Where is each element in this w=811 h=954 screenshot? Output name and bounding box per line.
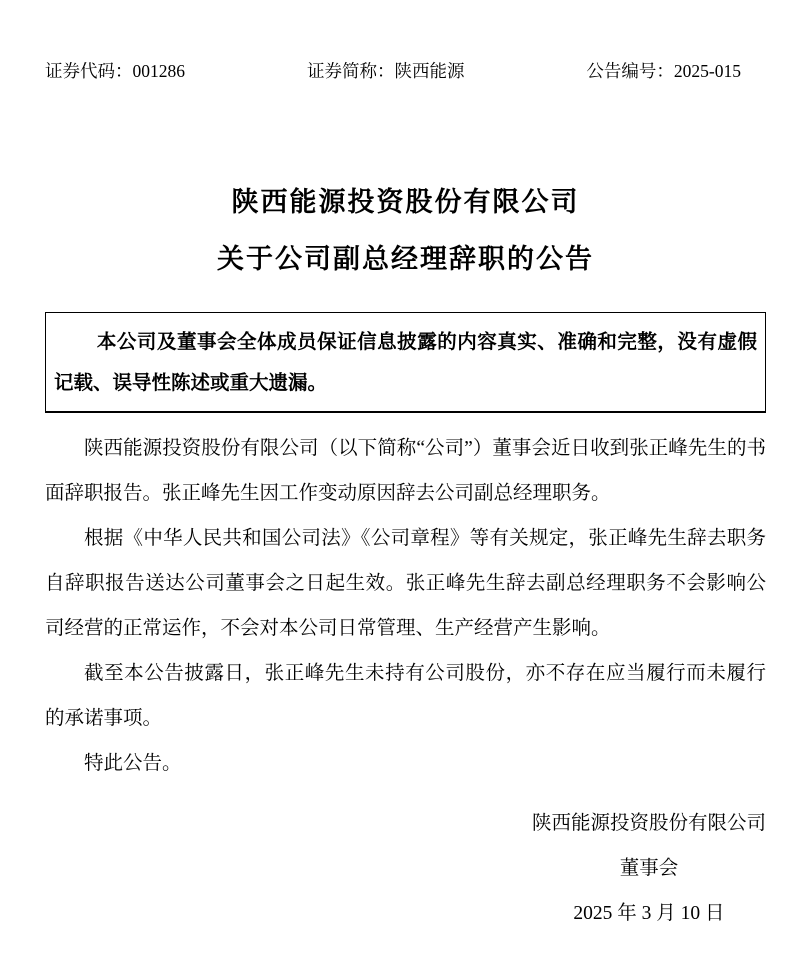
stock-info-header: 证券代码：001286 证券简称：陕西能源 公告编号：2025-015 xyxy=(45,56,766,86)
disclosure-statement-box: 本公司及董事会全体成员保证信息披露的内容真实、准确和完整，没有虚假记载、误导性陈… xyxy=(45,312,766,413)
body-paragraph: 根据《中华人民共和国公司法》《公司章程》等有关规定，张正峰先生辞去职务自辞职报告… xyxy=(45,516,766,651)
announcement-number-value: 2025-015 xyxy=(674,61,741,81)
announcement-body: 陕西能源投资股份有限公司（以下简称“公司”）董事会近日收到张正峰先生的书面辞职报… xyxy=(45,426,766,786)
announcement-number-label: 公告编号： xyxy=(586,61,674,81)
stock-name-value: 陕西能源 xyxy=(394,61,464,81)
stock-code: 证券代码：001286 xyxy=(45,56,185,86)
stock-name-label: 证券简称： xyxy=(307,61,395,81)
body-paragraph: 特此公告。 xyxy=(45,741,766,786)
announcement-number: 公告编号：2025-015 xyxy=(586,56,741,86)
signature-signer: 董事会 xyxy=(532,846,766,891)
stock-code-label: 证券代码： xyxy=(45,61,133,81)
disclosure-statement-text: 本公司及董事会全体成员保证信息披露的内容真实、准确和完整，没有虚假记载、误导性陈… xyxy=(54,322,757,404)
document-title-line1: 陕西能源投资股份有限公司 xyxy=(45,174,766,231)
stock-code-value: 001286 xyxy=(133,61,186,81)
document-title-line2: 关于公司副总经理辞职的公告 xyxy=(45,231,766,288)
stock-name: 证券简称：陕西能源 xyxy=(307,56,465,86)
body-paragraph: 陕西能源投资股份有限公司（以下简称“公司”）董事会近日收到张正峰先生的书面辞职报… xyxy=(45,426,766,516)
body-paragraph: 截至本公告披露日，张正峰先生未持有公司股份，亦不存在应当履行而未履行的承诺事项。 xyxy=(45,651,766,741)
signature-company: 陕西能源投资股份有限公司 xyxy=(532,801,766,846)
announcement-document: 证券代码：001286 证券简称：陕西能源 公告编号：2025-015 陕西能源… xyxy=(0,0,811,954)
signature-date: 2025 年 3 月 10 日 xyxy=(532,891,766,936)
document-title: 陕西能源投资股份有限公司 关于公司副总经理辞职的公告 xyxy=(45,174,766,288)
signature-block: 陕西能源投资股份有限公司 董事会 2025 年 3 月 10 日 xyxy=(532,801,766,936)
